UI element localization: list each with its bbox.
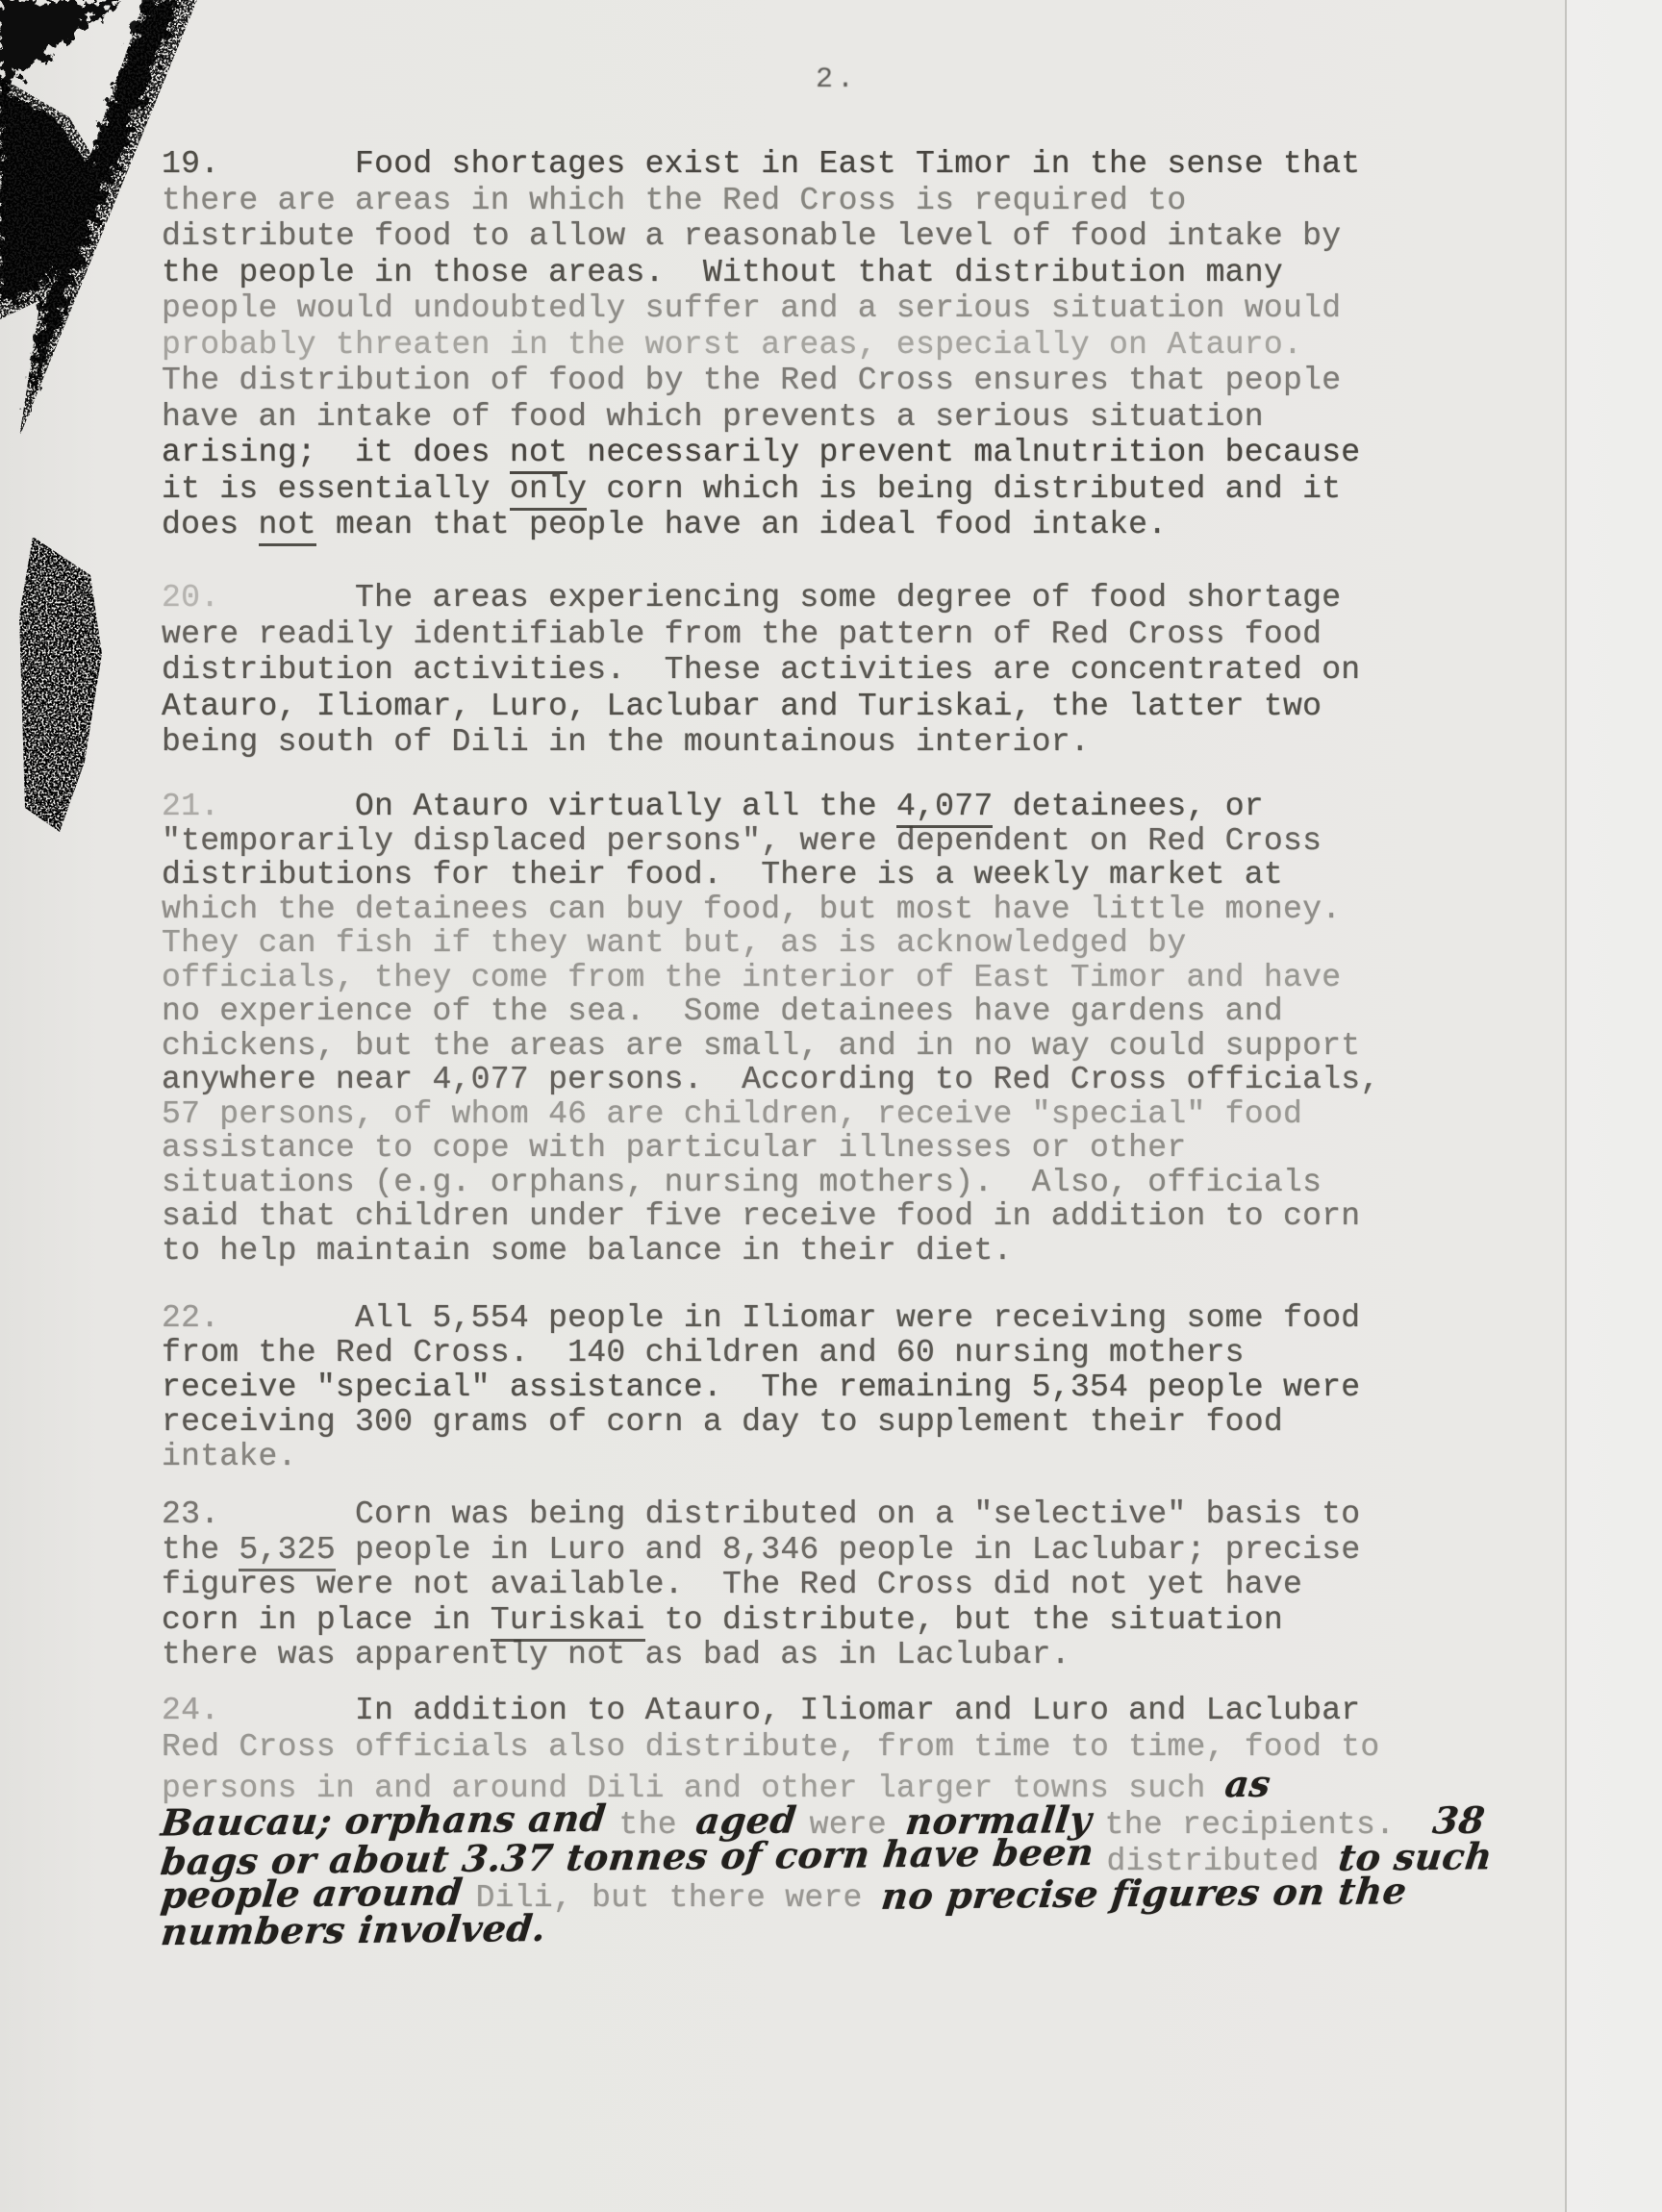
- handwritten-annotation: no precise figures on the: [879, 1873, 1408, 1914]
- text-line: 24. In addition to Atauro, Iliomar and L…: [162, 1693, 1360, 1728]
- typed-text: 57 persons, of whom 46 are children, rec…: [162, 1096, 1302, 1132]
- text-line: 57 persons, of whom 46 are children, rec…: [162, 1096, 1302, 1132]
- typed-text: corn in place in: [162, 1602, 491, 1638]
- typed-text: the people in those areas. Without that …: [162, 255, 1283, 290]
- typed-text: to help maintain some balance in their d…: [162, 1233, 1013, 1269]
- typed-text: "temporarily displaced persons", were de…: [162, 823, 1322, 859]
- text-line: from the Red Cross. 140 children and 60 …: [162, 1335, 1245, 1370]
- typed-text: assistance to cope with particular illne…: [162, 1130, 1186, 1166]
- text-line: 19. Food shortages exist in East Timor i…: [162, 146, 1360, 182]
- scan-edge-band: [1567, 0, 1662, 2212]
- handwritten-annotation: 38: [1431, 1802, 1487, 1839]
- typed-text: probably threaten in the worst areas, es…: [162, 327, 1302, 363]
- typed-text: the: [162, 1532, 239, 1568]
- typed-text: there are areas in which the Red Cross i…: [162, 183, 1186, 218]
- text-line: have an intake of food which prevents a …: [162, 399, 1264, 435]
- text-line: distribution activities. These activitie…: [162, 652, 1360, 688]
- text-line: it is essentially only corn which is bei…: [162, 471, 1341, 507]
- text-line: does not mean that people have an ideal …: [162, 507, 1167, 542]
- handwritten-annotation: numbers involved.: [160, 1910, 548, 1949]
- typed-text: being south of Dili in the mountainous i…: [162, 724, 1090, 760]
- typed-text: Food shortages exist in East Timor in th…: [219, 146, 1360, 182]
- typed-text: distribute food to allow a reasonable le…: [162, 218, 1341, 254]
- typed-text: 22.: [162, 1300, 219, 1336]
- typed-text: detainees, or: [993, 789, 1263, 824]
- text-line: receive "special" assistance. The remain…: [162, 1370, 1360, 1405]
- text-line: numbers involved.: [162, 1912, 545, 1952]
- text-line: anywhere near 4,077 persons. According t…: [162, 1062, 1380, 1097]
- text-line: corn in place in Turiskai to distribute,…: [162, 1602, 1283, 1638]
- typed-text: only: [510, 471, 587, 511]
- text-line: 20. The areas experiencing some degree o…: [162, 580, 1341, 616]
- text-line: there was apparently not as bad as in La…: [162, 1637, 1070, 1672]
- text-line: distributions for their food. There is a…: [162, 857, 1283, 892]
- text-line: receiving 300 grams of corn a day to sup…: [162, 1404, 1283, 1440]
- typed-text: receive "special" assistance. The remain…: [162, 1370, 1360, 1405]
- text-line: "temporarily displaced persons", were de…: [162, 823, 1322, 859]
- typed-text: The distribution of food by the Red Cros…: [162, 363, 1341, 398]
- document-text: 19. Food shortages exist in East Timor i…: [0, 0, 1662, 2212]
- text-line: no experience of the sea. Some detainees…: [162, 993, 1283, 1029]
- typed-text: corn which is being distributed and it: [587, 471, 1341, 507]
- typed-text: people in Luro and 8,346 people in Laclu…: [336, 1532, 1360, 1568]
- typed-text: 5,325: [239, 1532, 336, 1571]
- scan-edge-line: [1565, 0, 1567, 2212]
- scanned-document-page: 2. 19. Food shortages exist in East Timo…: [0, 0, 1662, 2212]
- typed-text: it is essentially: [162, 471, 510, 507]
- typed-text: All 5,554 people in Iliomar were receivi…: [219, 1300, 1360, 1336]
- text-line: officials, they come from the interior o…: [162, 960, 1341, 995]
- typed-text: The areas experiencing some degree of fo…: [219, 580, 1341, 616]
- text-line: 23. Corn was being distributed on a "sel…: [162, 1496, 1360, 1532]
- typed-text: does: [162, 507, 259, 542]
- typed-text: chickens, but the areas are small, and i…: [162, 1028, 1360, 1064]
- text-line: situations (e.g. orphans, nursing mother…: [162, 1165, 1322, 1200]
- typed-text: Corn was being distributed on a "selecti…: [219, 1496, 1360, 1532]
- typed-text: were readily identifiable from the patte…: [162, 616, 1322, 652]
- typed-text: distribution activities. These activitie…: [162, 652, 1360, 688]
- text-line: The distribution of food by the Red Cros…: [162, 363, 1341, 398]
- typed-text: 19.: [162, 146, 219, 182]
- text-line: Red Cross officials also distribute, fro…: [162, 1729, 1380, 1765]
- typed-text: distributions for their food. There is a…: [162, 857, 1283, 892]
- text-line: arising; it does not necessarily prevent…: [162, 435, 1360, 470]
- text-line: which the detainees can buy food, but mo…: [162, 892, 1341, 927]
- typed-text: receiving 300 grams of corn a day to sup…: [162, 1404, 1283, 1440]
- typed-text: arising; it does: [162, 435, 510, 470]
- typed-text: 23.: [162, 1496, 219, 1532]
- text-line: figures were not available. The Red Cros…: [162, 1567, 1302, 1602]
- typed-text: no experience of the sea. Some detainees…: [162, 993, 1283, 1029]
- typed-text: which the detainees can buy food, but mo…: [162, 892, 1341, 927]
- typed-text: have an intake of food which prevents a …: [162, 399, 1264, 435]
- typed-text: On Atauro virtually all the: [219, 789, 896, 824]
- text-line: said that children under five receive fo…: [162, 1198, 1360, 1234]
- typed-text: to distribute, but the situation: [645, 1602, 1283, 1638]
- text-line: the 5,325 people in Luro and 8,346 peopl…: [162, 1532, 1360, 1568]
- typed-text: not: [259, 507, 316, 546]
- handwritten-annotation: Baucau; orphans and: [160, 1800, 621, 1841]
- text-line: Atauro, Iliomar, Luro, Laclubar and Turi…: [162, 689, 1322, 724]
- text-line: 22. All 5,554 people in Iliomar were rec…: [162, 1300, 1360, 1336]
- typed-text: intake.: [162, 1439, 297, 1474]
- text-line: They can fish if they want but, as is ac…: [162, 925, 1186, 961]
- typed-text: Red Cross officials also distribute, fro…: [162, 1729, 1380, 1765]
- text-line: probably threaten in the worst areas, es…: [162, 327, 1302, 363]
- typed-text: anywhere near 4,077 persons. According t…: [162, 1062, 1380, 1097]
- typed-text: In addition to Atauro, Iliomar and Luro …: [219, 1693, 1360, 1728]
- typed-text: from the Red Cross. 140 children and 60 …: [162, 1335, 1245, 1370]
- typed-text: said that children under five receive fo…: [162, 1198, 1360, 1234]
- typed-text: mean that people have an ideal food inta…: [316, 507, 1168, 542]
- typed-text: necessarily prevent malnutrition because: [567, 435, 1360, 470]
- text-line: 21. On Atauro virtually all the 4,077 de…: [162, 789, 1264, 824]
- text-line: were readily identifiable from the patte…: [162, 616, 1322, 652]
- typed-text: there was apparently not as bad as in La…: [162, 1637, 1070, 1672]
- typed-text: officials, they come from the interior o…: [162, 960, 1341, 995]
- text-line: being south of Dili in the mountainous i…: [162, 724, 1090, 760]
- text-line: chickens, but the areas are small, and i…: [162, 1028, 1360, 1064]
- text-line: people would undoubtedly suffer and a se…: [162, 290, 1341, 326]
- text-line: assistance to cope with particular illne…: [162, 1130, 1186, 1166]
- text-line: intake.: [162, 1439, 297, 1474]
- text-line: there are areas in which the Red Cross i…: [162, 183, 1186, 218]
- typed-text: 24.: [162, 1693, 219, 1728]
- text-line: to help maintain some balance in their d…: [162, 1233, 1013, 1269]
- typed-text: figures were not available. The Red Cros…: [162, 1567, 1302, 1602]
- text-line: the people in those areas. Without that …: [162, 255, 1283, 290]
- handwritten-annotation: as: [1223, 1766, 1272, 1801]
- typed-text: not: [510, 435, 567, 474]
- typed-text: They can fish if they want but, as is ac…: [162, 925, 1186, 961]
- typed-text: situations (e.g. orphans, nursing mother…: [162, 1165, 1322, 1200]
- text-line: distribute food to allow a reasonable le…: [162, 218, 1341, 254]
- typed-text: Turiskai: [491, 1602, 645, 1642]
- typed-text: Atauro, Iliomar, Luro, Laclubar and Turi…: [162, 689, 1322, 724]
- typed-text: people would undoubtedly suffer and a se…: [162, 290, 1341, 326]
- typed-text: 21.: [162, 789, 219, 824]
- typed-text: 20.: [162, 580, 219, 616]
